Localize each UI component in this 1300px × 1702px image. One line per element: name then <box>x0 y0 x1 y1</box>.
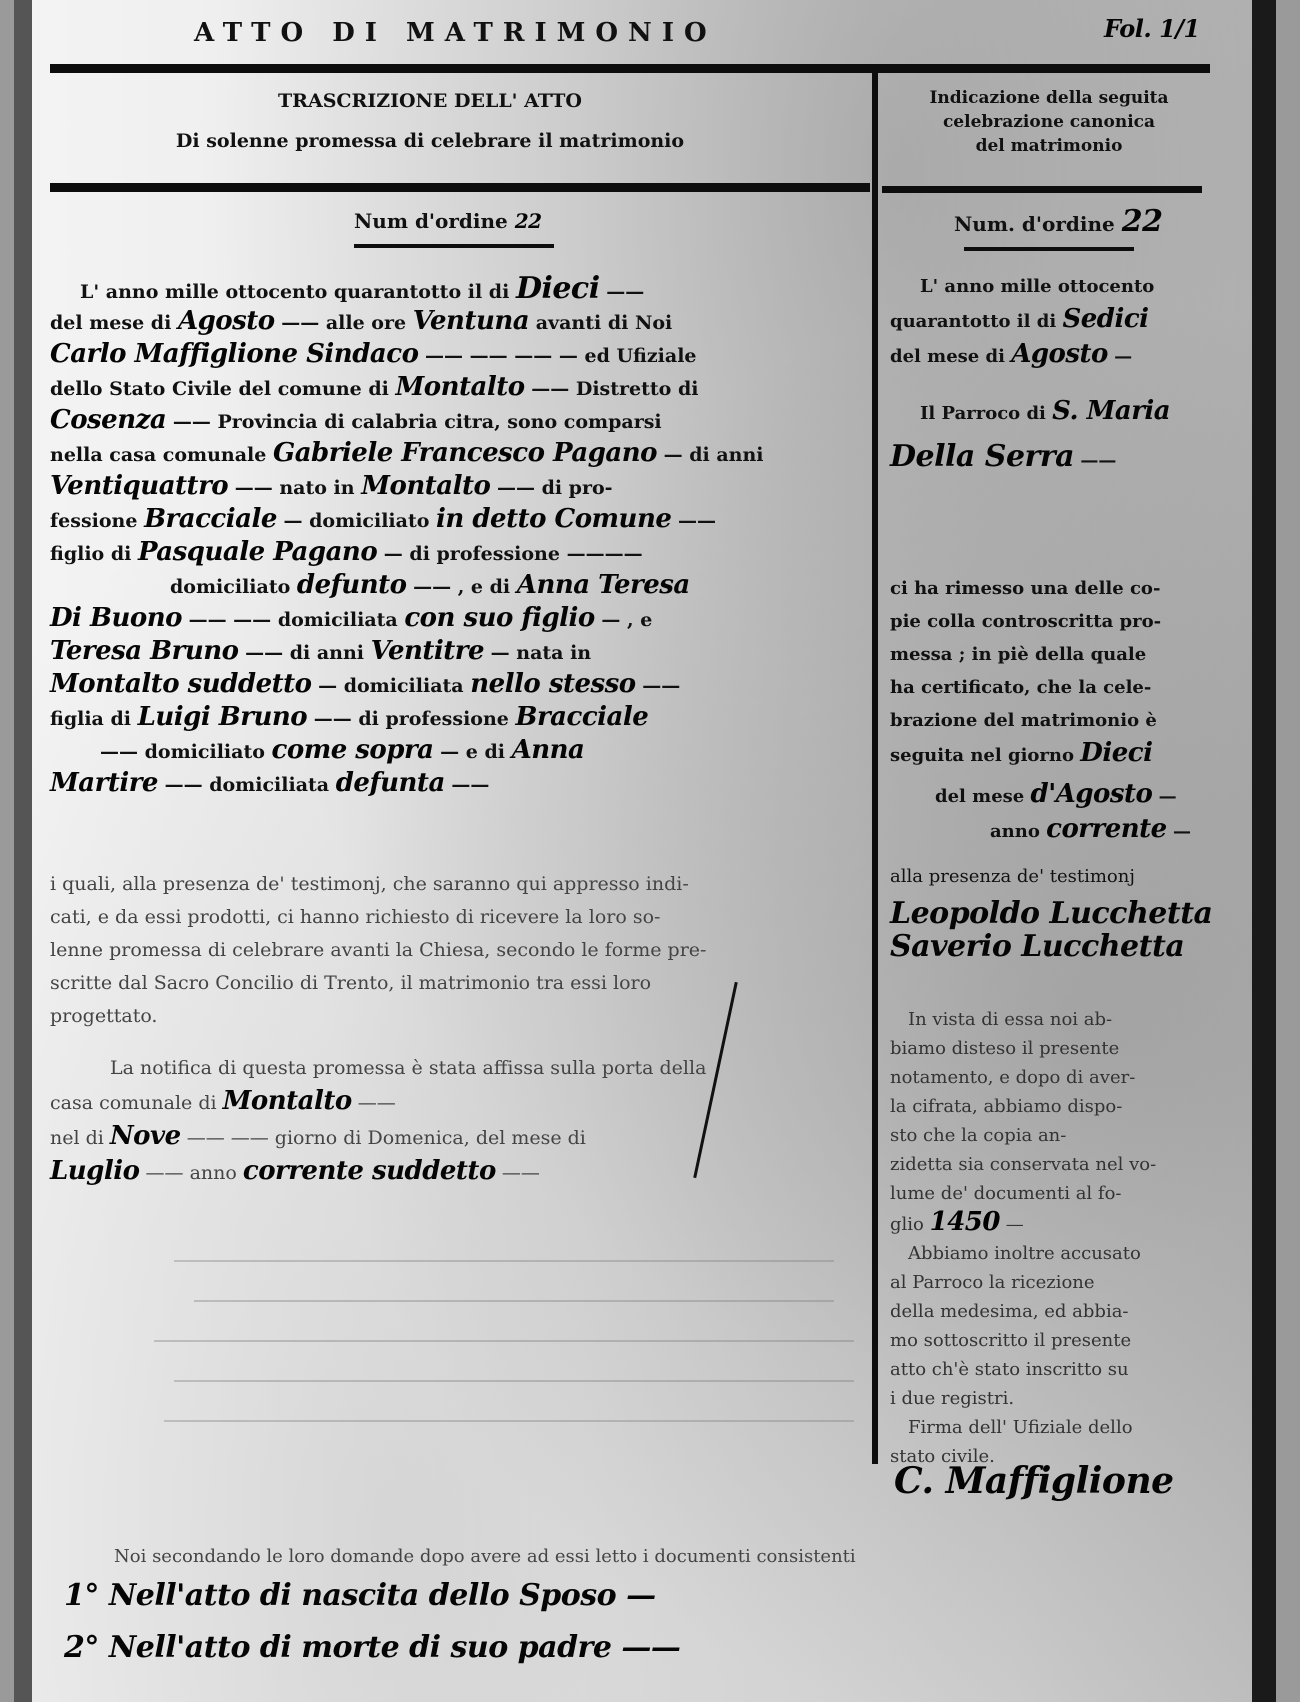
right-body-certification: ci ha rimesso una delle co- pie colla co… <box>890 572 1190 848</box>
line-3: Carlo Maffiglione Sindaco —— —— —— — ed … <box>50 338 850 373</box>
footer-document-2: 2° Nell'atto di morte di suo padre —— <box>64 1630 680 1665</box>
line-2: del mese di Agosto —— alle ore Ventuna a… <box>50 305 850 340</box>
top-rule <box>50 64 1210 73</box>
right-header: Indicazione della seguita celebrazione c… <box>894 86 1204 158</box>
line-6: nella casa comunale Gabriele Francesco P… <box>50 437 850 472</box>
line-12: Teresa Bruno —— di anni Ventitre — nata … <box>50 635 850 670</box>
line-15: —— domiciliato come sopra — e di Anna <box>100 734 850 769</box>
left-order: Num d'ordine 22 <box>354 205 542 238</box>
footer-document-1: 1° Nell'atto di nascita dello Sposo — <box>64 1578 656 1613</box>
line-8: fessione Bracciale — domiciliato in dett… <box>50 503 850 538</box>
line-1: L' anno mille ottocento quarantotto il d… <box>80 272 850 309</box>
register-page: ATTO DI MATRIMONIO Fol. 1/1 TRASCRIZIONE… <box>14 0 1276 1702</box>
line-4: dello Stato Civile del comune di Montalt… <box>50 371 850 406</box>
faded-text-block <box>134 1240 874 1460</box>
witness-2: Saverio Lucchetta <box>890 930 1200 963</box>
right-body-notamento: In vista di essa noi ab- biamo disteso i… <box>890 1005 1190 1471</box>
line-10: domiciliato defunto —— , e di Anna Teres… <box>170 569 850 604</box>
right-order-underline <box>964 247 1134 251</box>
right-order: Num. d'ordine 22 <box>954 205 1162 241</box>
line-16: Martire —— domiciliata defunta —— <box>50 767 850 802</box>
header-rule-right <box>882 186 1202 193</box>
left-order-underline <box>354 244 554 248</box>
line-5: Cosenza —— Provincia di calabria citra, … <box>50 404 850 439</box>
right-witnesses: alla presenza de' testimonj Leopoldo Luc… <box>890 860 1200 963</box>
document-title: ATTO DI MATRIMONIO <box>194 18 717 48</box>
page-mark: Fol. 1/1 <box>1104 14 1200 43</box>
line-9: figlio di Pasquale Pagano — di professio… <box>50 536 850 571</box>
footer-text: Noi secondando le loro domande dopo aver… <box>114 1540 1114 1573</box>
line-13: Montalto suddetto — domiciliata nello st… <box>50 668 850 703</box>
left-body: L' anno mille ottocento quarantotto il d… <box>50 272 850 872</box>
header-rule-left <box>50 183 870 192</box>
line-11: Di Buono —— —— domiciliata con suo figli… <box>50 602 850 637</box>
page-right-edge <box>1252 0 1276 1702</box>
officer-signature: C. Maffiglione <box>894 1460 1174 1502</box>
paragraph-notice: La notifica di questa promessa è stata a… <box>50 1052 850 1190</box>
line-7: Ventiquattro —— nato in Montalto —— di p… <box>50 470 850 505</box>
witness-1: Leopoldo Lucchetta <box>890 897 1200 930</box>
line-14: figlia di Luigi Bruno —— di professione … <box>50 701 850 736</box>
left-header-subtitle: Di solenne promessa di celebrare il matr… <box>50 130 810 152</box>
left-header-title: TRASCRIZIONE DELL' ATTO <box>50 90 810 112</box>
right-body: L' anno mille ottocento quarantotto il d… <box>890 270 1200 477</box>
page-left-edge <box>14 0 32 1702</box>
